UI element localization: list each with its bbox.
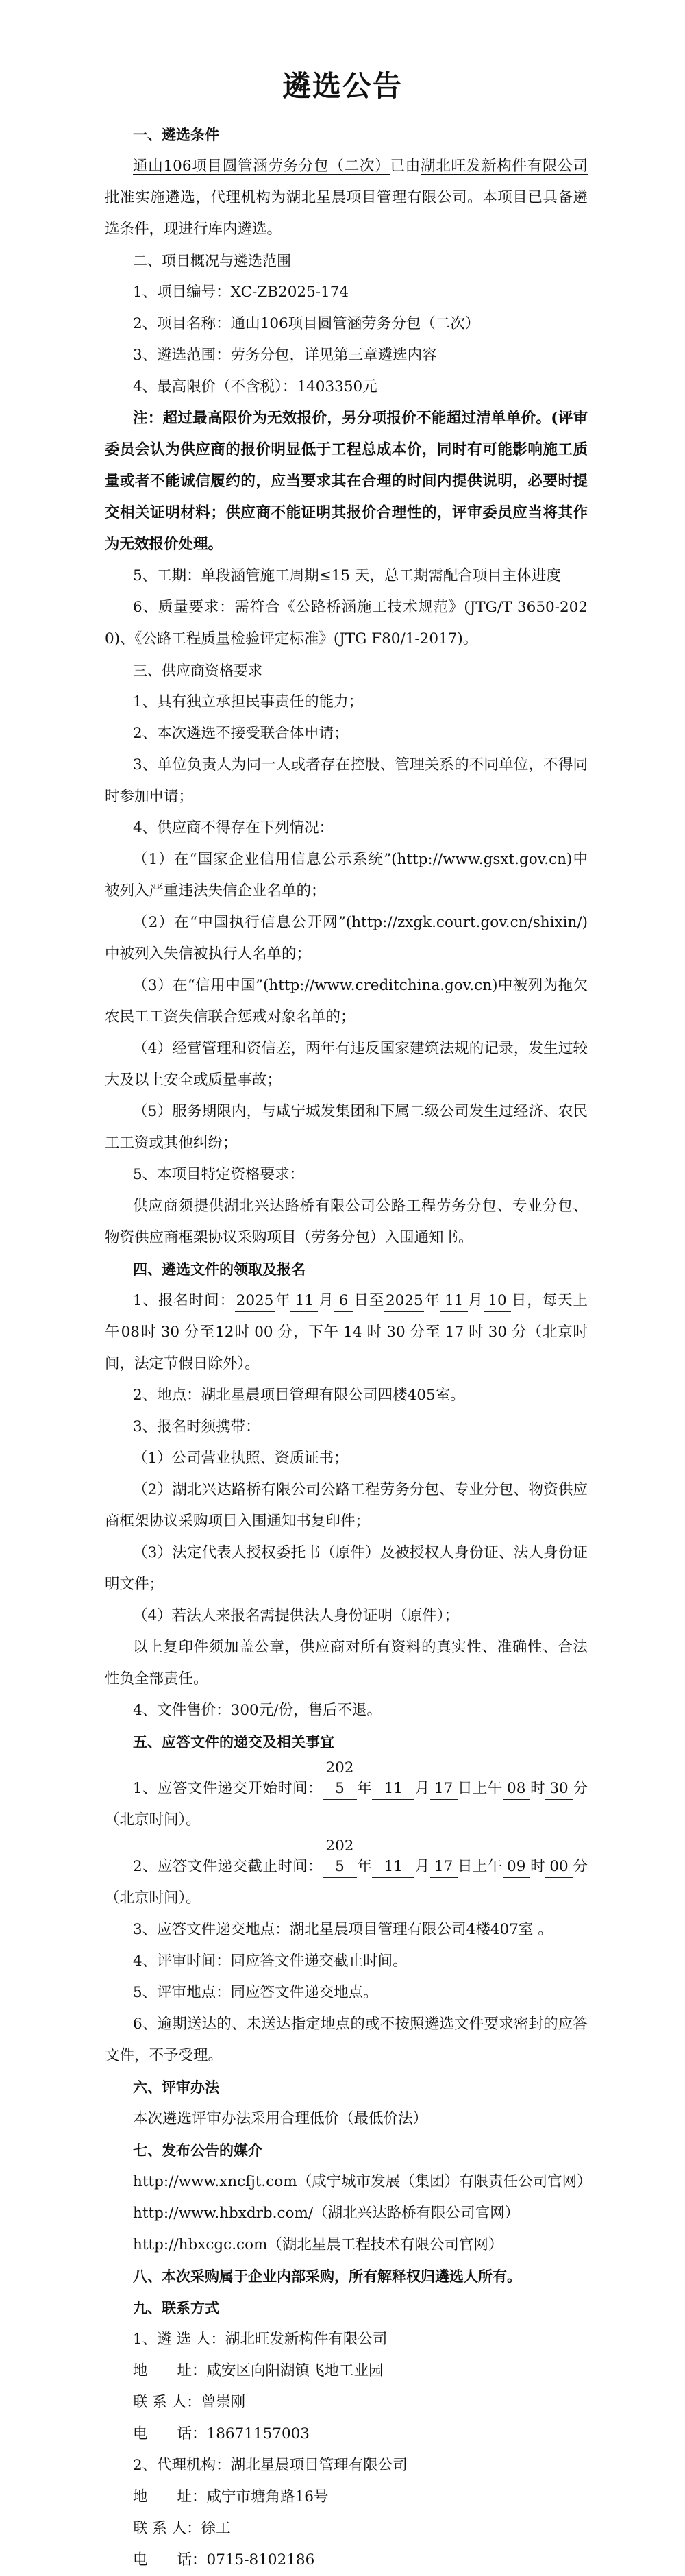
start-day: 6 <box>334 1291 353 1312</box>
label: 电 话： <box>133 2551 207 2568</box>
page-title: 遴选公告 <box>0 66 685 107</box>
agent-contact-row: 联 系 人：徐工 <box>105 2513 588 2544</box>
text: 分 <box>511 1324 527 1341</box>
text: 批准实施遴选，代理机构为 <box>105 189 286 206</box>
agent-contact-block: 2、代理机构：湖北星晨项目管理有限公司 地 址：咸宁市塘角路16号 联 系 人：… <box>105 2450 588 2576</box>
label: 2、代理机构： <box>133 2457 231 2474</box>
section-heading: 七、发布公告的媒介 <box>105 2135 588 2166</box>
project-number: 1、项目编号：XC-ZB2025-174 <box>105 277 588 308</box>
text: 时 <box>530 1858 545 1875</box>
agent-name: 湖北星晨项目管理有限公司 <box>231 2457 408 2474</box>
text: 已由 <box>390 158 421 175</box>
text: 月 <box>318 1292 334 1309</box>
agent-name-row: 2、代理机构：湖北星晨项目管理有限公司 <box>105 2450 588 2481</box>
start-year: 2025 <box>323 1758 357 1800</box>
section-interpretation: 八、本次采购属于企业内部采购，所有解释权归遴选人所有。 <box>105 2261 588 2292</box>
evaluation-time: 4、评审时间：同应答文件递交截止时间。 <box>105 1946 588 1977</box>
text: 年 <box>357 1858 372 1875</box>
construction-period: 5、工期：单段涵管施工周期≤15 天，总工期需配合项目主体进度 <box>105 560 588 592</box>
agent-phone-row: 电 话：0715-8102186 <box>105 2544 588 2576</box>
label: 联 系 人： <box>133 2394 201 2411</box>
registration-documents: 3、报名时须携带： <box>105 1411 588 1443</box>
selector-contact-row: 联 系 人：曾崇刚 <box>105 2387 588 2418</box>
text: 年 <box>275 1292 290 1309</box>
media-link[interactable]: http://hbxcgc.com（湖北星晨工程技术有限公司官网） <box>105 2229 588 2261</box>
text: 时 <box>234 1324 250 1341</box>
submission-location: 3、应答文件递交地点：湖北星晨项目管理有限公司4楼407室 。 <box>105 1914 588 1946</box>
deadline-minute: 00 <box>545 1857 573 1878</box>
text: 年 <box>357 1780 372 1797</box>
text: 分，下午 <box>277 1324 339 1341</box>
label: 1、应答文件递交开始时间： <box>133 1780 323 1797</box>
pm-start-hour: 14 <box>339 1322 366 1343</box>
exclusion-item: （4）经营管理和资信差，两年有违反国家建筑法规的记录，发生过较大及以上安全或质量… <box>105 1033 588 1096</box>
agent-address-row: 地 址：咸宁市塘角路16号 <box>105 2481 588 2513</box>
deadline-month: 11 <box>372 1857 414 1878</box>
required-document: （2）湖北兴达路桥有限公司公路工程劳务分包、专业分包、物资供应商框架协议采购项目… <box>105 1474 588 1537</box>
late-submission-rule: 6、逾期送达的、未送达指定地点的或不按照遴选文件要求密封的应答文件，不予受理。 <box>105 2009 588 2072</box>
pm-start-minute: 30 <box>382 1322 410 1343</box>
start-month: 11 <box>372 1779 414 1800</box>
section-evaluation-method: 六、评审办法 本次遴选评审办法采用合理低价（最低价法） <box>105 2072 588 2135</box>
section-contact: 九、联系方式 1、遴 选 人：湖北旺发新构件有限公司 地 址：咸安区向阳湖镇飞地… <box>105 2292 588 2576</box>
section-project-overview: 二、项目概况与遴选范围 1、项目编号：XC-ZB2025-174 2、项目名称：… <box>105 245 588 655</box>
specific-qualification: 5、本项目特定资格要求： <box>105 1159 588 1191</box>
owner-company: 湖北旺发新构件有限公司 <box>421 158 588 175</box>
stamp-note: 以上复印件须加盖公章，供应商对所有资料的真实性、准确性、合法性负全部责任。 <box>105 1632 588 1695</box>
section-heading: 三、供应商资格要求 <box>105 655 588 686</box>
document-price: 4、文件售价：300元/份，售后不退。 <box>105 1695 588 1726</box>
end-year: 2025 <box>384 1291 424 1312</box>
start-minute: 30 <box>545 1779 573 1800</box>
section-heading: 二、项目概况与遴选范围 <box>105 245 588 277</box>
start-day: 17 <box>430 1779 458 1800</box>
am-start-minute: 30 <box>156 1322 184 1343</box>
label: 2、应答文件递交截止时间： <box>133 1858 323 1875</box>
max-price: 4、最高限价（不含税）：1403350元 <box>105 371 588 403</box>
required-document: （3）法定代表人授权委托书（原件）及被授权人身份证、法人身份证明文件； <box>105 1537 588 1600</box>
section-heading: 八、本次采购属于企业内部采购，所有解释权归遴选人所有。 <box>105 2261 588 2292</box>
label: 地 址： <box>133 2362 207 2379</box>
start-year: 2025 <box>235 1291 275 1312</box>
qualification-item: 3、单位负责人为同一人或者存在控股、管理关系的不同单位，不得同时参加申请； <box>105 750 588 813</box>
agent-phone: 0715-8102186 <box>207 2551 315 2568</box>
text: 日上午 <box>458 1858 503 1875</box>
text: 分至 <box>410 1324 440 1341</box>
deadline-hour: 09 <box>503 1857 530 1878</box>
selector-phone: 18671157003 <box>207 2425 310 2442</box>
text: 时 <box>366 1324 382 1341</box>
announcement-page: 遴选公告 一、遴选条件 通山106项目圆管涵劳务分包（二次）已由湖北旺发新构件有… <box>0 0 685 2576</box>
text: 月 <box>468 1292 484 1309</box>
section-supplier-qualifications: 三、供应商资格要求 1、具有独立承担民事责任的能力； 2、本次遴选不接受联合体申… <box>105 655 588 1254</box>
text: 时 <box>140 1324 156 1341</box>
exclusion-item: （2）在“中国执行信息公开网”(http://zxgk.court.gov.cn… <box>105 907 588 970</box>
section-publication-media: 七、发布公告的媒介 http://www.xncfjt.com（咸宁城市发展（集… <box>105 2135 588 2261</box>
text: 日至 <box>353 1292 385 1309</box>
selector-address: 咸安区向阳湖镇飞地工业园 <box>207 2362 384 2379</box>
text: 月 <box>414 1858 429 1875</box>
deadline-year: 2025 <box>323 1836 357 1878</box>
qualification-item: 4、供应商不得存在下列情况： <box>105 813 588 844</box>
evaluation-method: 本次遴选评审办法采用合理低价（最低价法） <box>105 2103 588 2135</box>
selector-phone-row: 电 话：18671157003 <box>105 2418 588 2450</box>
section-registration: 四、遴选文件的领取及报名 1、报名时间：2025年11月6日至2025年11月1… <box>105 1254 588 1726</box>
required-document: （4）若法人来报名需提供法人身份证明（原件）； <box>105 1600 588 1632</box>
section-heading: 一、遴选条件 <box>105 119 588 151</box>
document-body: 一、遴选条件 通山106项目圆管涵劳务分包（二次）已由湖北旺发新构件有限公司批准… <box>105 119 588 2576</box>
exclusion-item: （3）在“信用中国”(http://www.creditchina.gov.cn… <box>105 970 588 1033</box>
specific-qualification-detail: 供应商须提供湖北兴达路桥有限公司公路工程劳务分包、专业分包、物资供应商框架协议采… <box>105 1191 588 1254</box>
agent-contact-person: 徐工 <box>201 2520 231 2537</box>
required-document: （1）公司营业执照、资质证书； <box>105 1443 588 1474</box>
qualification-item: 1、具有独立承担民事责任的能力； <box>105 686 588 718</box>
qualification-item: 2、本次遴选不接受联合体申请； <box>105 718 588 750</box>
agent-address: 咸宁市塘角路16号 <box>207 2488 329 2505</box>
section-selection-conditions: 一、遴选条件 通山106项目圆管涵劳务分包（二次）已由湖北旺发新构件有限公司批准… <box>105 119 588 245</box>
registration-location: 2、地点：湖北星晨项目管理有限公司四楼405室。 <box>105 1380 588 1411</box>
section-heading: 九、联系方式 <box>105 2292 588 2324</box>
text: 日上午 <box>458 1780 503 1797</box>
pm-end-minute: 30 <box>484 1322 511 1343</box>
end-month: 11 <box>440 1291 468 1312</box>
label: 电 话： <box>133 2425 207 2442</box>
deadline-day: 17 <box>430 1857 458 1878</box>
selection-conditions-paragraph: 通山106项目圆管涵劳务分包（二次）已由湖北旺发新构件有限公司批准实施遴选，代理… <box>105 151 588 245</box>
project-name: 通山106项目圆管涵劳务分包（二次） <box>133 158 390 175</box>
submission-start-time: 1、应答文件递交开始时间：2025年11月17日上午08时30分（北京时间）。 <box>105 1758 588 1836</box>
text: 年 <box>424 1292 440 1309</box>
text: 月 <box>414 1780 429 1797</box>
exclusion-item: （5）服务期限内，与咸宁城发集团和下属二级公司发生过经济、农民工工资或其他纠纷； <box>105 1096 588 1159</box>
project-name-item: 2、项目名称：通山106项目圆管涵劳务分包（二次） <box>105 308 588 340</box>
label: 联 系 人： <box>133 2520 201 2537</box>
start-hour: 08 <box>503 1779 530 1800</box>
selector-contact-person: 曾崇刚 <box>201 2394 246 2411</box>
section-heading: 四、遴选文件的领取及报名 <box>105 1254 588 1285</box>
agent-company: 湖北星晨项目管理有限公司 <box>286 189 468 206</box>
am-end-minute: 00 <box>250 1322 277 1343</box>
text: 时 <box>468 1324 484 1341</box>
section-heading: 五、应答文件的递交及相关事宜 <box>105 1726 588 1758</box>
price-note: 注：超过最高限价为无效报价，另分项报价不能超过清单单价。(评审委员会认为供应商的… <box>105 403 588 560</box>
section-heading: 六、评审办法 <box>105 2072 588 2103</box>
label: 1、报名时间： <box>133 1292 235 1309</box>
pm-end-hour: 17 <box>440 1322 468 1343</box>
registration-time: 1、报名时间：2025年11月6日至2025年11月10日，每天上午08时30分… <box>105 1285 588 1380</box>
quality-requirements: 6、质量要求：需符合《公路桥涵施工技术规范》(JTG/T 3650-2020)、… <box>105 592 588 655</box>
start-month: 11 <box>290 1291 318 1312</box>
media-link[interactable]: http://www.hbxdrb.com/（湖北兴达路桥有限公司官网） <box>105 2198 588 2229</box>
text: 分至 <box>184 1324 214 1341</box>
am-end-hour: 12 <box>215 1322 234 1343</box>
text: 时 <box>530 1780 545 1797</box>
selector-name: 湖北旺发新构件有限公司 <box>225 2331 388 2348</box>
label: 地 址： <box>133 2488 207 2505</box>
submission-deadline: 2、应答文件递交截止时间：2025年11月17日上午09时00分（北京时间）。 <box>105 1836 588 1914</box>
selector-address-row: 地 址：咸安区向阳湖镇飞地工业园 <box>105 2355 588 2387</box>
media-link[interactable]: http://www.xncfjt.com（咸宁城市发展（集团）有限责任公司官网… <box>105 2166 588 2198</box>
selector-name-row: 1、遴 选 人：湖北旺发新构件有限公司 <box>105 2324 588 2355</box>
evaluation-location: 5、评审地点：同应答文件递交地点。 <box>105 1977 588 2009</box>
selector-contact-block: 1、遴 选 人：湖北旺发新构件有限公司 地 址：咸安区向阳湖镇飞地工业园 联 系… <box>105 2324 588 2450</box>
section-submission: 五、应答文件的递交及相关事宜 1、应答文件递交开始时间：2025年11月17日上… <box>105 1726 588 2072</box>
exclusion-item: （1）在“国家企业信用信息公示系统”(http://www.gsxt.gov.c… <box>105 844 588 907</box>
am-start-hour: 08 <box>120 1322 140 1343</box>
selection-scope: 3、遴选范围：劳务分包，详见第三章遴选内容 <box>105 340 588 371</box>
end-day: 10 <box>484 1291 511 1312</box>
label: 1、遴 选 人： <box>133 2331 225 2348</box>
